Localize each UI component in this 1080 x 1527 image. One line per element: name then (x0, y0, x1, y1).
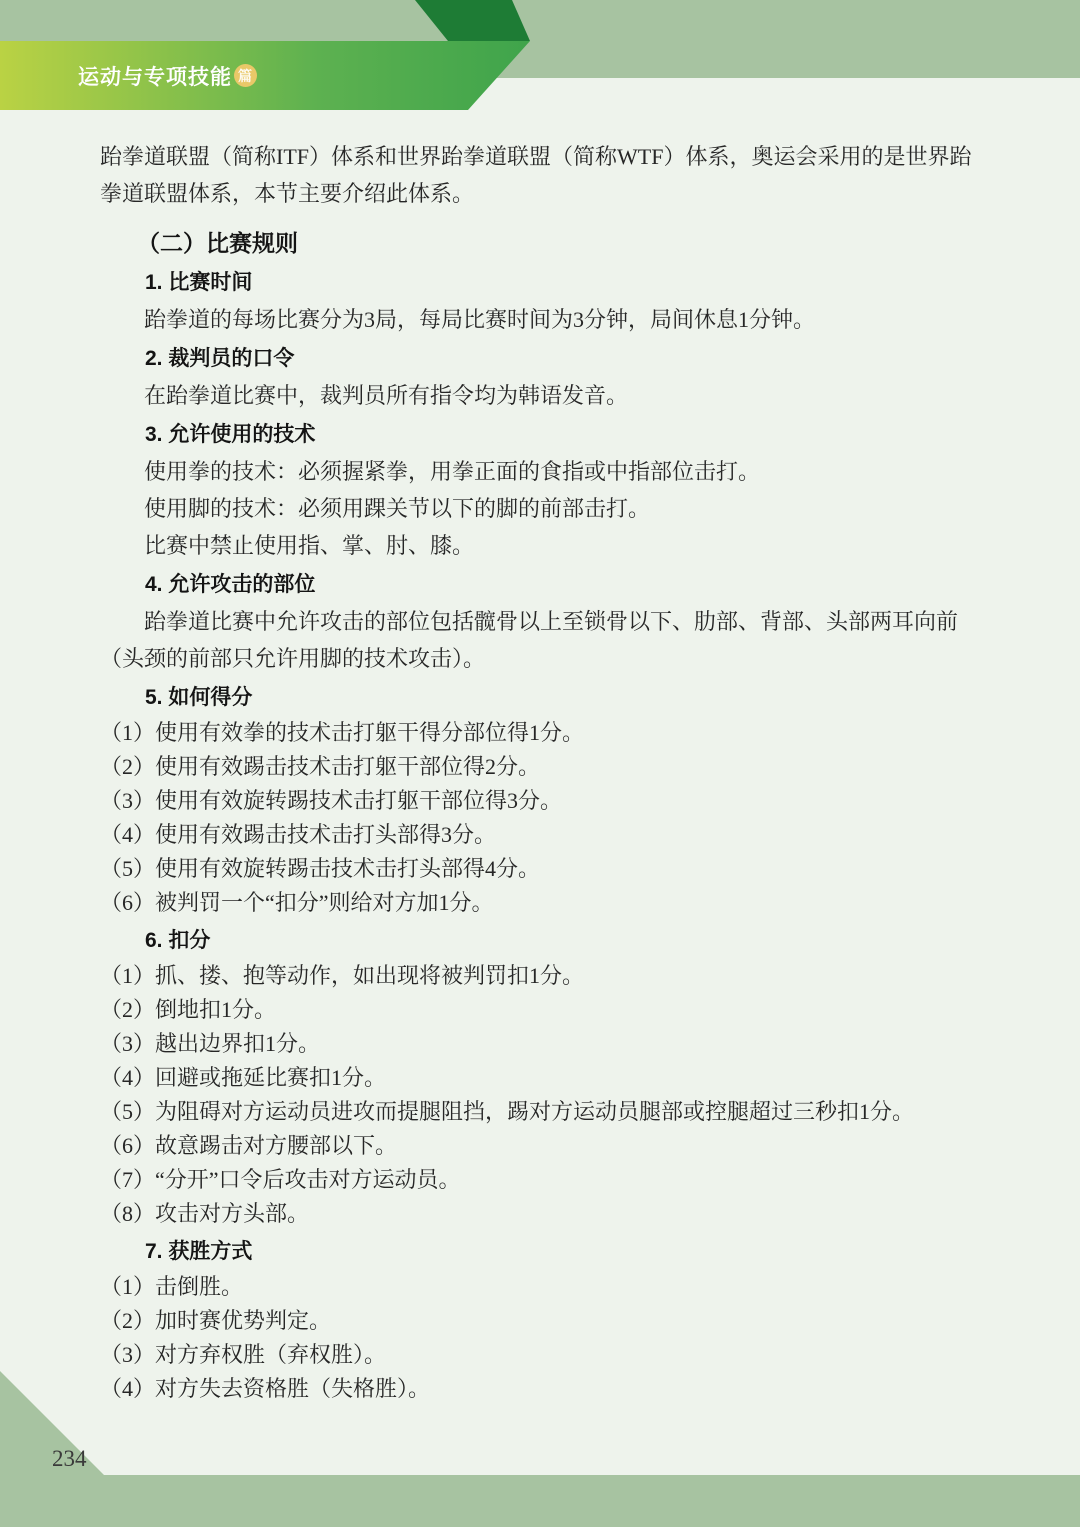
list-item: （5）使用有效旋转踢击技术击打头部得4分。 (100, 852, 988, 886)
subsection-heading-7: 7. 获胜方式 (100, 1233, 988, 1270)
textbook-page: 运动与专项技能 篇 跆拳道联盟（简称ITF）体系和世界跆拳道联盟（简称WTF）体… (0, 0, 1080, 1527)
list-item: （3）越出边界扣1分。 (100, 1027, 988, 1061)
list-item: （1）使用有效拳的技术击打躯干得分部位得1分。 (100, 716, 988, 750)
subsection-heading-5: 5. 如何得分 (100, 679, 988, 716)
list-item: （4）回避或拖延比赛扣1分。 (100, 1061, 988, 1095)
footer-sage-band (0, 1475, 1080, 1527)
intro-paragraph: 跆拳道联盟（简称ITF）体系和世界跆拳道联盟（简称WTF）体系，奥运会采用的是世… (100, 138, 988, 212)
list-item: （1）抓、搂、抱等动作，如出现将被判罚扣1分。 (100, 959, 988, 993)
list-item: （6）故意踢击对方腰部以下。 (100, 1129, 988, 1163)
paragraph: 使用拳的技术：必须握紧拳，用拳正面的食指或中指部位击打。 (100, 453, 988, 490)
header-banner: 运动与专项技能 篇 (0, 41, 300, 110)
list-item: （2）加时赛优势判定。 (100, 1304, 988, 1338)
list-item: （3）使用有效旋转踢技术击打躯干部位得3分。 (100, 784, 988, 818)
list-item: （1）击倒胜。 (100, 1270, 988, 1304)
paragraph: 跆拳道的每场比赛分为3局，每局比赛时间为3分钟，局间休息1分钟。 (100, 301, 988, 338)
paragraph: 使用脚的技术：必须用踝关节以下的脚的前部击打。 (100, 490, 988, 527)
list-item: （2）使用有效踢击技术击打躯干部位得2分。 (100, 750, 988, 784)
list-item: （8）攻击对方头部。 (100, 1197, 988, 1231)
list-item: （4）对方失去资格胜（失格胜）。 (100, 1372, 988, 1406)
subsection-heading-3: 3. 允许使用的技术 (100, 416, 988, 453)
subsection-heading-6: 6. 扣分 (100, 922, 988, 959)
subsection-heading-4: 4. 允许攻击的部位 (100, 566, 988, 603)
list-item: （2）倒地扣1分。 (100, 993, 988, 1027)
list-item: （7）“分开”口令后攻击对方运动员。 (100, 1163, 988, 1197)
paragraph: 比赛中禁止使用指、掌、肘、膝。 (100, 527, 988, 564)
pian-badge-icon: 篇 (234, 64, 257, 87)
list-item: （6）被判罚一个“扣分”则给对方加1分。 (100, 886, 988, 920)
paragraph: 在跆拳道比赛中，裁判员所有指令均为韩语发音。 (100, 377, 988, 414)
section-heading: （二）比赛规则 (100, 228, 988, 258)
list-item: （3）对方弃权胜（弃权胜）。 (100, 1338, 988, 1372)
list-item: （5）为阻碍对方运动员进攻而提腿阻挡，踢对方运动员腿部或控腿超过三秒扣1分。 (100, 1095, 988, 1129)
subsection-heading-1: 1. 比赛时间 (100, 264, 988, 301)
list-item: （4）使用有效踢击技术击打头部得3分。 (100, 818, 988, 852)
page-number: 234 (52, 1446, 87, 1472)
page-content: 跆拳道联盟（简称ITF）体系和世界跆拳道联盟（简称WTF）体系，奥运会采用的是世… (100, 138, 988, 1406)
subsection-heading-2: 2. 裁判员的口令 (100, 340, 988, 377)
paragraph: 跆拳道比赛中允许攻击的部位包括髋骨以上至锁骨以下、肋部、背部、头部两耳向前（头颈… (100, 603, 988, 677)
header-banner-title: 运动与专项技能 (78, 61, 232, 91)
